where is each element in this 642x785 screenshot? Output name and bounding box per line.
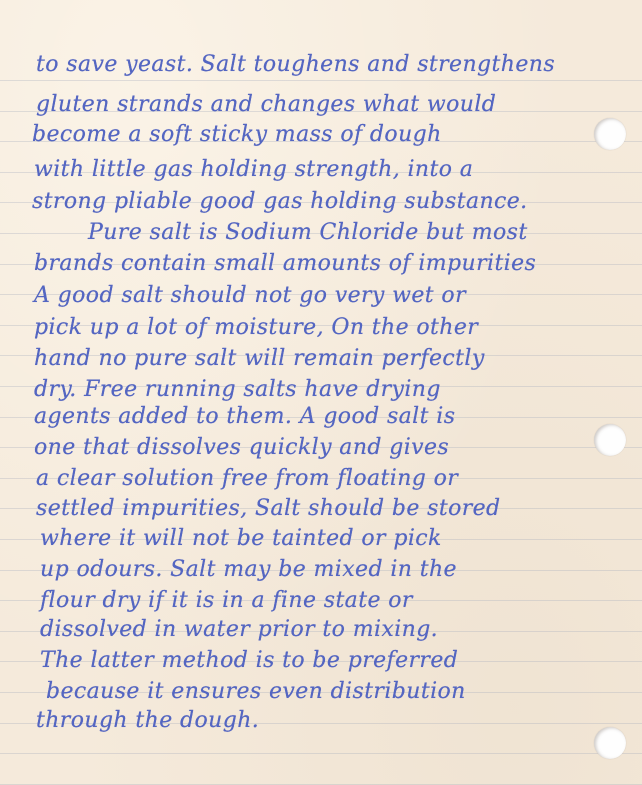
text-line-3: become a soft sticky mass of dough <box>32 122 442 147</box>
text-line-7: brands contain small amounts of impuriti… <box>34 251 536 276</box>
text-line-6: Pure salt is Sodium Chloride but most <box>88 220 528 245</box>
text-line-20: The latter method is to be preferred <box>40 648 458 673</box>
text-line-18: flour dry if it is in a fine state or <box>40 588 413 613</box>
text-line-12: agents added to them. A good salt is <box>34 404 455 429</box>
text-line-16: where it will not be tainted or pick <box>40 526 442 551</box>
text-line-19: dissolved in water prior to mixing. <box>40 617 438 642</box>
text-line-5: strong pliable good gas holding substanc… <box>32 189 528 214</box>
text-line-17: up odours. Salt may be mixed in the <box>40 557 457 582</box>
text-line-21: because it ensures even distribution <box>46 679 466 704</box>
text-line-8: A good salt should not go very wet or <box>34 283 466 308</box>
text-line-10: hand no pure salt will remain perfectly <box>34 346 485 371</box>
text-line-22: through the dough. <box>36 708 259 733</box>
notebook-page: to save yeast. Salt toughens and strengt… <box>0 0 642 785</box>
text-line-11: dry. Free running salts have drying <box>34 377 441 402</box>
text-line-1: to save yeast. Salt toughens and strengt… <box>36 52 555 77</box>
text-line-4: with little gas holding strength, into a <box>34 157 473 182</box>
text-line-2: gluten strands and changes what would <box>36 92 496 117</box>
text-line-15: settled impurities, Salt should be store… <box>36 496 501 521</box>
text-line-9: pick up a lot of moisture, On the other <box>34 315 478 340</box>
text-line-14: a clear solution free from floating or <box>36 466 458 491</box>
text-line-13: one that dissolves quickly and gives <box>34 435 449 460</box>
handwritten-text: to save yeast. Salt toughens and strengt… <box>0 0 642 785</box>
